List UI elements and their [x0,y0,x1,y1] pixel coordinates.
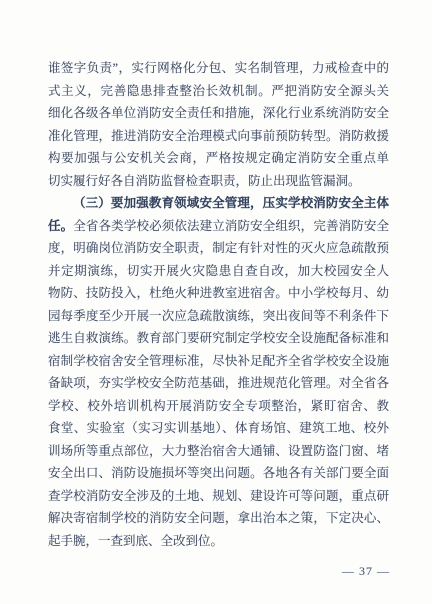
text-line: 宿制学校宿舍安全管理标准，尽快补足配齐全省学校安全设施配 [48,350,389,373]
text-line: 园每季度至少开展一次应急疏散演练，突出夜间等不利条件下的 [48,305,389,328]
text-line: 切实履行好各自消防监督检查职责，防止出现监管漏洞。 [48,170,389,193]
text-line: 度，明确岗位消防安全职责，制定有针对性的灭火应急疏散预案 [48,237,389,260]
text-line: 细化各级各单位消防安全责任和措施，深化行业系统消防安全标 [48,102,389,125]
page-number: — 37 — [342,564,390,579]
text-line: 谁签字负责”，实行网格化分包、实名制管理，力戒检查中的形 [48,57,389,80]
text-line: 查学校消防安全涉及的土地、规划、建设许可等问题，重点研究 [48,485,389,508]
text-line: 并定期演练，切实开展火灾隐患自查自改，加大校园安全人防、 [48,260,389,283]
text-line: 安全出口、消防设施损坏等突出问题。各地各有关部门要全面审 [48,462,389,485]
section-heading-line: （三）要加强教育领域安全管理，压实学校消防安全主体责 [48,192,389,215]
text-line: 食堂、实验室（实习实训基地）、体育场馆、建筑工地、校外培 [48,417,389,440]
document-page: 谁签字负责”，实行网格化分包、实名制管理，力戒检查中的形 式主义，完善隐患排查整… [0,0,432,604]
document-text-block: 谁签字负责”，实行网格化分包、实名制管理，力戒检查中的形 式主义，完善隐患排查整… [48,57,389,552]
text-line: 训场所等重点部位，大力整治宿舍大通铺、设置防盗门窗、堵塞 [48,440,389,463]
text-line: 起手腕，一查到底、全改到位。 [48,530,389,553]
section-heading-tail: 任。 [48,219,73,233]
text-line: 备缺项，夯实学校安全防范基础，推进规范化管理。对全省各类 [48,372,389,395]
text-line: 逃生自救演练。教育部门要研究制定学校安全设施配备标准和寄 [48,327,389,350]
text-line: 构要加强与公安机关会商，严格按规定确定消防安全重点单位， [48,147,389,170]
text-segment: 全省各类学校必须依法建立消防安全组织，完善消防安全制 [48,219,389,238]
text-line: 物防、技防投入，杜绝火种进教室进宿舍。中小学校每月、幼儿 [48,282,389,305]
text-line: 式主义，完善隐患排查整治长效机制。严把消防安全源头关口， [48,80,389,103]
text-line: 学校、校外培训机构开展消防安全专项整治，紧盯宿舍、教室、 [48,395,389,418]
text-line: 准化管理，推进消防安全治理模式向事前预防转型。消防救援机 [48,125,389,148]
text-line: 解决寄宿制学校的消防安全问题，拿出治本之策，下定决心、硬 [48,507,389,530]
text-line: 任。全省各类学校必须依法建立消防安全组织，完善消防安全制 [48,215,389,238]
